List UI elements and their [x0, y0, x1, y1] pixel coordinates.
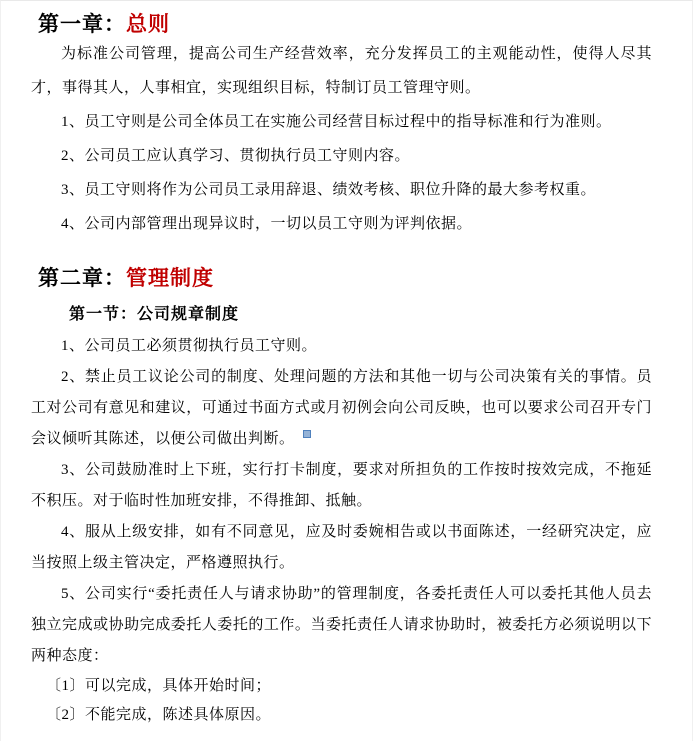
section-1-list-paragraph: 5、公司实行“委托责任人与请求协助”的管理制度，各委托责任人可以委托其他人员去独…	[31, 579, 652, 672]
chapter-1-item-list: 1、员工守则是公司全体员工在实施公司经营目标过程中的指导标准和行为准则。2、公司…	[31, 105, 652, 241]
chapter-1-list-paragraph: 2、公司员工应认真学习、贯彻执行员工守则内容。	[31, 139, 652, 173]
document-content: 第一章：总则 为标准公司管理，提高公司生产经营效率，充分发挥员工的主观能动性，使…	[1, 1, 692, 730]
chapter-2-heading-prefix: 第二章：	[38, 266, 126, 290]
chapter-1-intro-paragraph: 为标准公司管理，提高公司生产经营效率，充分发挥员工的主观能动性，使得人尽其才，事…	[31, 37, 652, 105]
section-1-sub-item-list: 〔1〕可以完成，具体开始时间；〔2〕不能完成，陈述具体原因。	[31, 672, 652, 730]
chapter-2-heading-highlight: 管理制度	[126, 266, 214, 290]
chapter-1-heading-prefix: 第一章：	[38, 12, 126, 36]
section-1-list-paragraph: 3、公司鼓励准时上下班，实行打卡制度，要求对所担负的工作按时按效完成，不拖延不积…	[31, 455, 652, 517]
chapter-1-list-paragraph: 3、员工守则将作为公司员工录用辞退、绩效考核、职位升降的最大参考权重。	[31, 173, 652, 207]
chapter-2-heading: 第二章：管理制度	[38, 265, 652, 291]
object-anchor-marker-icon[interactable]	[303, 430, 311, 438]
section-1-list-paragraph: 2、禁止员工议论公司的制度、处理问题的方法和其他一切与公司决策有关的事情。员工对…	[31, 362, 652, 455]
section-1-list-paragraph: 4、服从上级安排，如有不同意见，应及时委婉相告或以书面陈述，一经研究决定，应当按…	[31, 517, 652, 579]
section-1-heading: 第一节：公司规章制度	[31, 305, 652, 325]
section-1-list-paragraph: 1、公司员工必须贯彻执行员工守则。	[31, 331, 652, 362]
section-1-sub-list-paragraph: 〔2〕不能完成，陈述具体原因。	[31, 701, 652, 730]
section-1: 第一节：公司规章制度 1、公司员工必须贯彻执行员工守则。2、禁止员工议论公司的制…	[31, 305, 652, 730]
chapter-1-heading-highlight: 总则	[126, 12, 170, 36]
chapter-1-list-paragraph: 4、公司内部管理出现异议时，一切以员工守则为评判依据。	[31, 207, 652, 241]
chapter-1-list-paragraph: 1、员工守则是公司全体员工在实施公司经营目标过程中的指导标准和行为准则。	[31, 105, 652, 139]
section-1-sub-list-paragraph: 〔1〕可以完成，具体开始时间；	[31, 672, 652, 701]
chapter-1-heading: 第一章：总则	[38, 11, 652, 37]
section-1-item-list: 1、公司员工必须贯彻执行员工守则。2、禁止员工议论公司的制度、处理问题的方法和其…	[31, 331, 652, 672]
document-page: 第一章：总则 为标准公司管理，提高公司生产经营效率，充分发挥员工的主观能动性，使…	[0, 0, 693, 741]
